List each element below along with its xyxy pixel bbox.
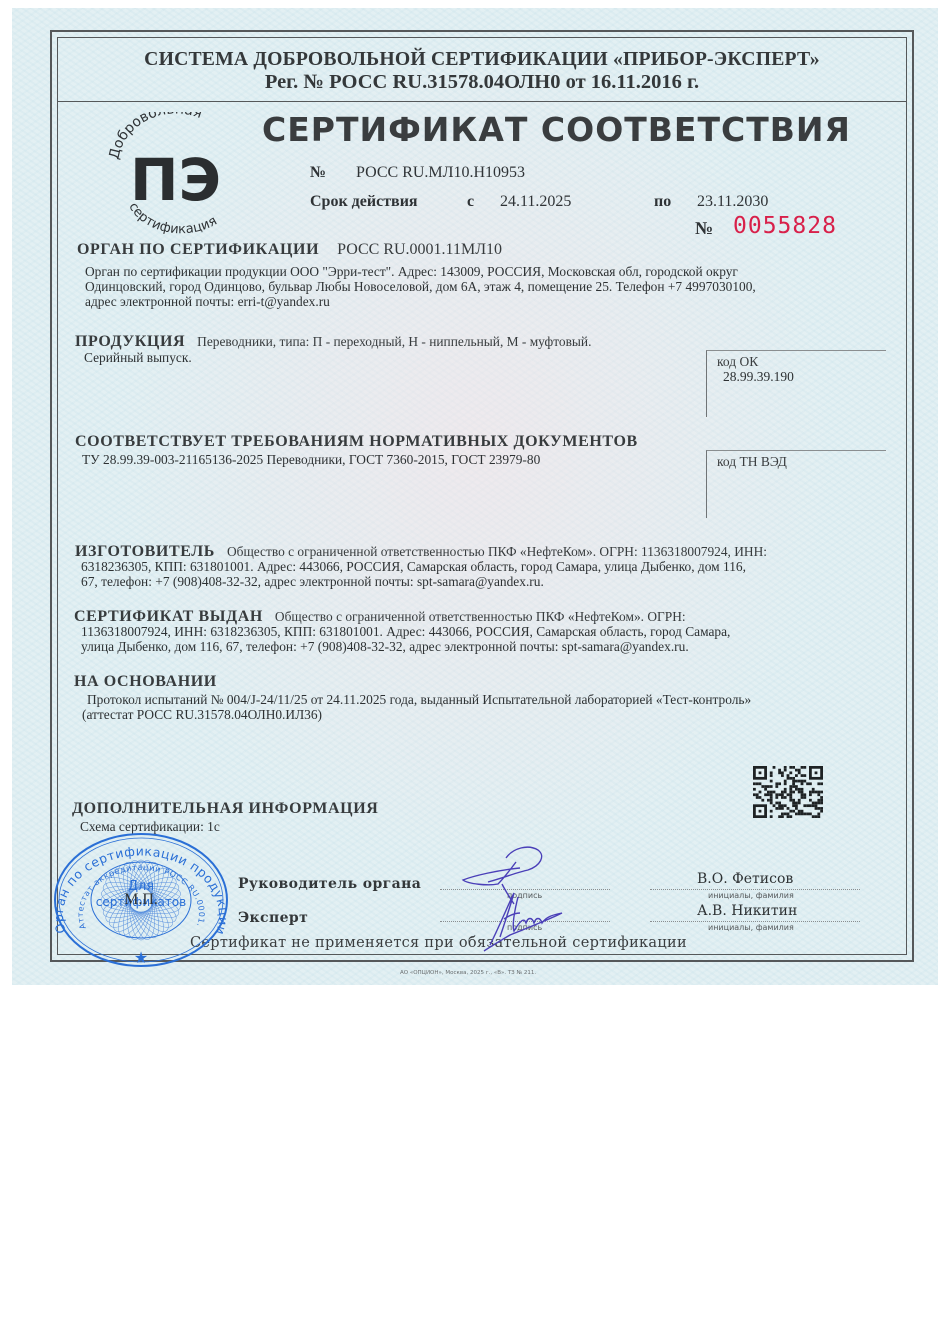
- voluntary-only-note: Сертификат не применяется при обязательн…: [190, 935, 687, 951]
- normative-documents: ТУ 28.99.39-003-21165136-2025 Переводник…: [82, 452, 540, 467]
- certificate-number-label: №: [310, 164, 326, 182]
- basis-line-2: (аттестат РОСС RU.31578.04ОЛН0.ИЛ36): [82, 707, 322, 722]
- certification-body-line-2: Одинцовский, город Одинцово, бульвар Люб…: [85, 279, 756, 294]
- voluntary-certification-logo-icon: Добровольная ПЭ сертификация: [100, 112, 250, 237]
- certification-body-line-3: адрес электронной почты: erri-t@yandex.r…: [85, 294, 330, 309]
- validity-to-label: по: [654, 193, 671, 211]
- manufacturer-line-2: 6318236305, КПП: 631801001. Адрес: 44306…: [81, 559, 746, 574]
- expert-name-caption: инициалы, фамилия: [708, 923, 794, 932]
- product-heading: ПРОДУКЦИЯ: [75, 333, 185, 350]
- certification-body-seal-icon: Орган по сертификации продукции ООО «Эрр…: [52, 832, 230, 968]
- pe-logo: Добровольная ПЭ сертификация: [100, 112, 250, 237]
- validity-from-label: с: [467, 193, 474, 211]
- product-section: ПРОДУКЦИЯПереводники, типа: П - переходн…: [75, 333, 591, 351]
- valid-to-date: 23.11.2030: [697, 193, 768, 211]
- blank-number-label: №: [695, 218, 713, 239]
- conformity-heading: СООТВЕТСТВУЕТ ТРЕБОВАНИЯМ НОРМАТИВНЫХ ДО…: [75, 433, 638, 451]
- stamp-place-label: М.П.: [124, 891, 158, 908]
- manufacturer-line-1: Общество с ограниченной ответственностью…: [227, 544, 767, 559]
- system-title: СИСТЕМА ДОБРОВОЛЬНОЙ СЕРТИФИКАЦИИ «ПРИБО…: [74, 48, 890, 71]
- certificate-number: РОСС RU.МЛ10.Н10953: [356, 164, 525, 182]
- head-of-body-label: Руководитель органа: [238, 876, 421, 892]
- validity-label: Срок действия: [310, 193, 418, 211]
- head-name: В.О. Фетисов: [697, 871, 793, 887]
- ok-code-value: 28.99.39.190: [723, 369, 794, 385]
- expert-label: Эксперт: [238, 910, 308, 926]
- printer-imprint: АО «ОПЦИОН», Москва, 2025 г., «В». ТЗ № …: [400, 970, 536, 976]
- head-name-caption: инициалы, фамилия: [708, 891, 794, 900]
- ok-code-label: код ОК: [717, 354, 758, 370]
- header-divider: [57, 101, 907, 102]
- basis-line-1: Протокол испытаний № 004/J-24/11/25 от 2…: [87, 692, 751, 707]
- logo-letters: ПЭ: [130, 146, 221, 214]
- tnved-code-box: код ТН ВЭД: [706, 450, 886, 518]
- expert-name-line: [650, 921, 860, 922]
- issued-to-line-1: Общество с ограниченной ответственностью…: [275, 609, 686, 624]
- expert-signature-icon: [470, 885, 580, 955]
- issued-to-line-2: 1136318007924, ИНН: 6318236305, КПП: 631…: [81, 624, 730, 639]
- product-line-2: Серийный выпуск.: [84, 350, 192, 365]
- issued-to-line-3: улица Дыбенко, дом 116, 67, телефон: +7 …: [81, 639, 689, 654]
- certification-body-code: РОСС RU.0001.11МЛ10: [337, 241, 502, 258]
- manufacturer-line-3: 67, телефон: +7 (908)408-32-32, адрес эл…: [81, 574, 544, 589]
- expert-name: А.В. Никитин: [697, 903, 797, 919]
- manufacturer-heading: ИЗГОТОВИТЕЛЬ: [75, 543, 215, 560]
- issued-to-heading: СЕРТИФИКАТ ВЫДАН: [74, 608, 263, 625]
- seal-star-icon: ★: [134, 948, 148, 967]
- head-name-line: [650, 889, 860, 890]
- blank-serial-number: 0055828: [733, 213, 837, 239]
- certification-body-heading: ОРГАН ПО СЕРТИФИКАЦИИ: [77, 241, 319, 258]
- basis-heading: НА ОСНОВАНИИ: [74, 673, 217, 691]
- certification-body-line-1: Орган по сертификации продукции ООО "Эрр…: [85, 264, 738, 279]
- qr-code-icon: [753, 766, 823, 818]
- ok-code-box: код ОК 28.99.39.190: [706, 350, 886, 417]
- valid-from-date: 24.11.2025: [500, 193, 571, 211]
- product-description: Переводники, типа: П - переходный, Н - н…: [197, 334, 591, 349]
- tnved-code-label: код ТН ВЭД: [717, 454, 787, 470]
- system-registration: Рег. № РОСС RU.31578.04ОЛН0 от 16.11.201…: [57, 71, 907, 94]
- additional-info-heading: ДОПОЛНИТЕЛЬНАЯ ИНФОРМАЦИЯ: [72, 800, 378, 818]
- certification-body-section: ОРГАН ПО СЕРТИФИКАЦИИРОСС RU.0001.11МЛ10: [77, 241, 502, 259]
- certificate-title: СЕРТИФИКАТ СООТВЕТСТВИЯ: [262, 110, 851, 149]
